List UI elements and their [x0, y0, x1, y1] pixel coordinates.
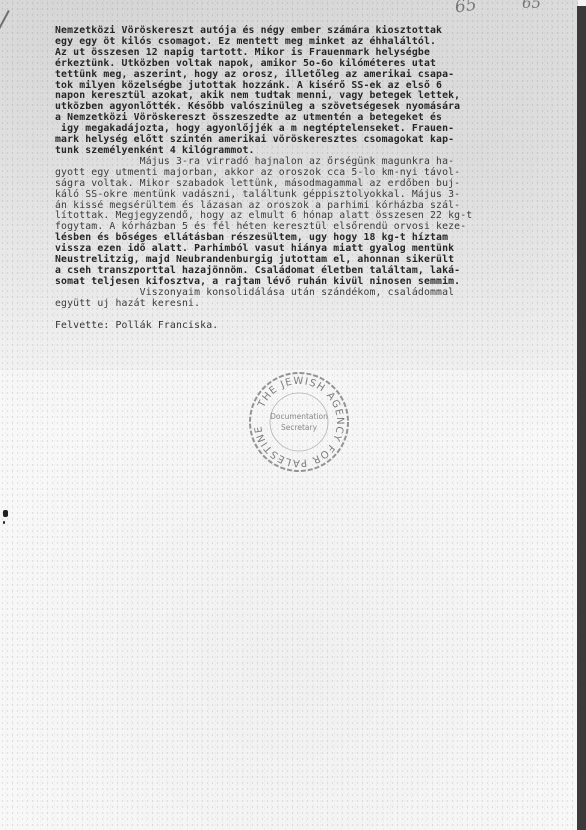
stamp-center-line-2: Secretary	[281, 423, 318, 432]
stamp-center-line-1: Documentation	[270, 412, 328, 421]
text-line: érkeztünk. Utközben voltak napok, amikor…	[55, 59, 550, 70]
text-line: együtt uj hazát keresni.	[55, 299, 550, 310]
handwritten-page-number: 65	[522, 0, 541, 12]
ink-blot	[3, 521, 5, 524]
text-line: tettünk meg, aszerint, hogy az orosz, il…	[55, 70, 550, 81]
recorder-signature: Felvette: Pollák Franciska.	[55, 321, 550, 332]
jewish-agency-stamp: THE JEWISH AGENCY FOR PALESTINE Document…	[248, 371, 350, 473]
scan-edge-bar	[577, 6, 586, 830]
text-line: káló SS-okre mentünk vadászni, találtunk…	[55, 190, 550, 201]
testimony-text: Nemzetközi Vöröskereszt autója és négy e…	[55, 26, 550, 331]
text-line: ságra voltak. Mikor szabadok lettünk, má…	[55, 179, 550, 190]
handwritten-folio-number: 65	[454, 0, 478, 17]
ink-blot	[3, 510, 8, 517]
document-page: 65 65 Nemzetközi Vöröskereszt autója és …	[0, 0, 586, 830]
